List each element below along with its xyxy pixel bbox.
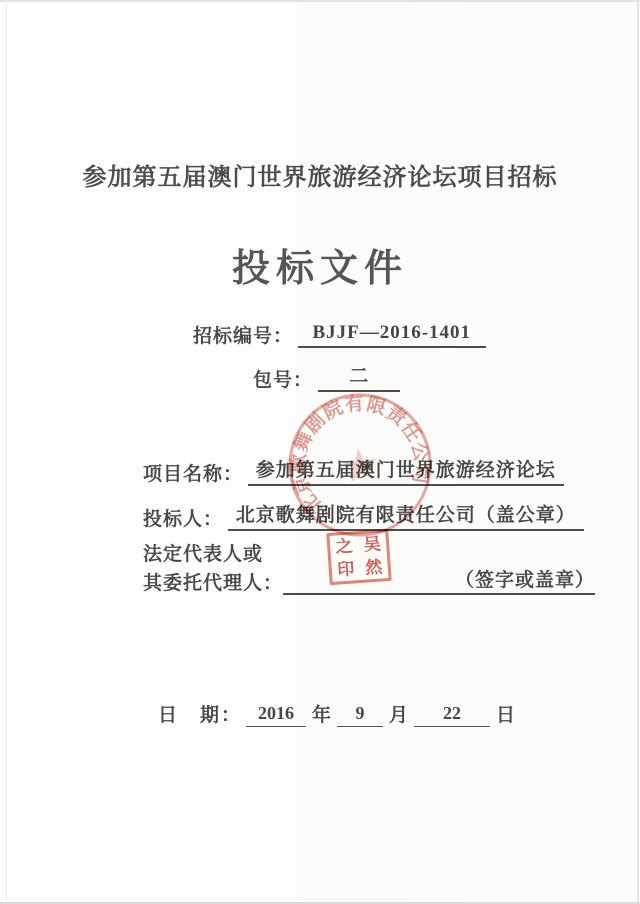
scan-edge-right [637, 0, 639, 904]
scanned-bid-document-page: 参加第五届澳门世界旅游经济论坛项目招标 投标文件 招标编号： BJJF—2016… [0, 0, 640, 904]
scan-edge-left [6, 0, 7, 904]
bid-number-value: BJJF—2016-1401 [298, 322, 486, 348]
date-day-unit: 日 [496, 700, 515, 727]
project-name-label: 项目名称： [143, 459, 243, 486]
scan-edge-top [0, 0, 640, 2]
date-day-value: 22 [414, 703, 490, 727]
bid-number-row: 招标编号： BJJF—2016-1401 [193, 321, 486, 348]
document-heading: 参加第五届澳门世界旅游经济论坛项目招标 [0, 157, 640, 192]
package-number-label: 包号： [253, 365, 313, 392]
personal-seal-char: 然 [365, 558, 383, 576]
date-year-unit: 年 [312, 700, 331, 727]
date-row: 日 期：2016年9月22日 [158, 700, 521, 727]
personal-seal-char: 之 [335, 537, 353, 555]
document-title: 投标文件 [0, 237, 640, 292]
personal-seal-char: 印 [337, 560, 355, 578]
date-month-unit: 月 [389, 700, 408, 727]
personal-name-seal-stamp: 之 吴 印 然 [326, 529, 391, 585]
bidder-label: 投标人： [143, 504, 223, 531]
signature-or-seal-note: （签字或盖章） [455, 565, 595, 595]
date-label: 日 期： [158, 705, 242, 726]
date-month-value: 9 [337, 703, 383, 727]
legal-representative-label-line1: 法定代表人或 [143, 539, 263, 566]
star-icon: ★ [336, 436, 384, 495]
date-year-value: 2016 [246, 703, 306, 727]
legal-representative-label-line2: 其委托代理人： [143, 573, 283, 594]
personal-seal-char: 吴 [363, 535, 381, 553]
bid-number-label: 招标编号： [193, 321, 293, 348]
company-seal-stamp: 北京歌舞剧院有限责任公司 ★ [278, 383, 443, 548]
